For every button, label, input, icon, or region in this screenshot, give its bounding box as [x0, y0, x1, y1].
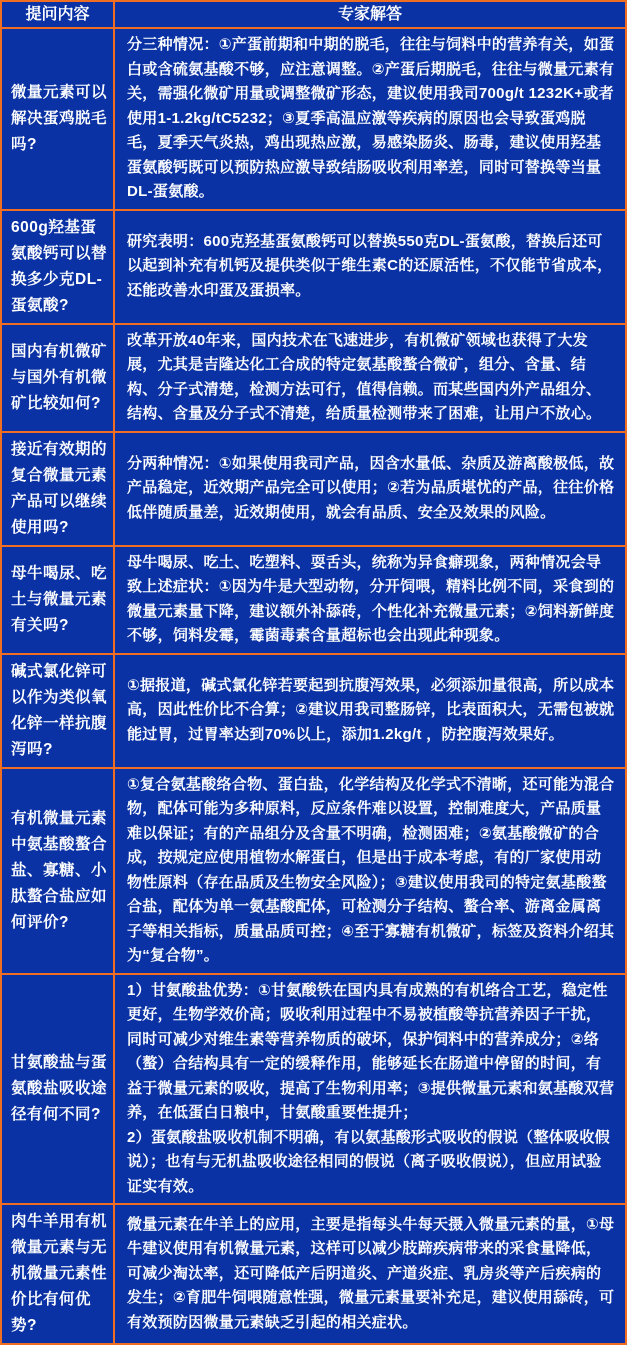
table-row: 碱式氯化锌可以作为类似氧化锌一样抗腹泻吗? ①据报道，碱式氯化锌若要起到抗腹泻效…	[2, 653, 625, 767]
table-row: 肉牛羊用有机微量元素与无机微量元素性价比有何优势? 微量元素在牛羊上的应用，主要…	[2, 1203, 625, 1343]
table-row: 有机微量元素中氨基酸螯合盐、寡糖、小肽螯合盐应如何评价? ①复合氨基酸络合物、蛋…	[2, 767, 625, 973]
question-cell: 母牛喝尿、吃土与微量元素有关吗?	[2, 547, 115, 653]
table-row: 微量元素可以解决蛋鸡脱毛吗? 分三种情况：①产蛋前期和中期的脱毛，往往与饲料中的…	[2, 27, 625, 209]
question-cell: 肉牛羊用有机微量元素与无机微量元素性价比有何优势?	[2, 1205, 115, 1343]
answer-cell: 母牛喝尿、吃土、吃塑料、耍舌头，统称为异食癖现象，两种情况会导致上述症状：①因为…	[115, 547, 625, 653]
answer-cell: 分三种情况：①产蛋前期和中期的脱毛，往往与饲料中的营养有关，如蛋白或含硫氨基酸不…	[115, 29, 625, 209]
table-row: 接近有效期的复合微量元素产品可以继续使用吗? 分两种情况：①如果使用我司产品，因…	[2, 431, 625, 545]
question-cell: 微量元素可以解决蛋鸡脱毛吗?	[2, 29, 115, 209]
question-cell: 接近有效期的复合微量元素产品可以继续使用吗?	[2, 433, 115, 545]
table-row: 600g羟基蛋氨酸钙可以替换多少克DL-蛋氨酸? 研究表明：600克羟基蛋氨酸钙…	[2, 209, 625, 323]
answer-cell: 研究表明：600克羟基蛋氨酸钙可以替换550克DL-蛋氨酸，替换后还可以起到补充…	[115, 211, 625, 323]
answer-cell: 微量元素在牛羊上的应用，主要是指每头牛每天摄入微量元素的量，①母牛建议使用有机微…	[115, 1205, 625, 1343]
answer-cell: 改革开放40年来，国内技术在飞速进步，有机微矿领域也获得了大发展，尤其是吉隆达化…	[115, 325, 625, 431]
table-row: 国内有机微矿与国外有机微矿比较如何? 改革开放40年来，国内技术在飞速进步，有机…	[2, 323, 625, 431]
question-cell: 碱式氯化锌可以作为类似氧化锌一样抗腹泻吗?	[2, 655, 115, 767]
answer-cell: 分两种情况：①如果使用我司产品，因含水量低、杂质及游离酸极低，故产品稳定，近效期…	[115, 433, 625, 545]
question-cell: 甘氨酸盐与蛋氨酸盐吸收途径有何不同?	[2, 975, 115, 1204]
question-cell: 国内有机微矿与国外有机微矿比较如何?	[2, 325, 115, 431]
qa-table: 提问内容 专家解答 微量元素可以解决蛋鸡脱毛吗? 分三种情况：①产蛋前期和中期的…	[0, 0, 627, 1345]
header-answer-column: 专家解答	[115, 2, 625, 27]
table-row: 甘氨酸盐与蛋氨酸盐吸收途径有何不同? 1）甘氨酸盐优势：①甘氨酸铁在国内具有成熟…	[2, 973, 625, 1204]
header-question-column: 提问内容	[2, 2, 115, 27]
question-cell: 600g羟基蛋氨酸钙可以替换多少克DL-蛋氨酸?	[2, 211, 115, 323]
question-cell: 有机微量元素中氨基酸螯合盐、寡糖、小肽螯合盐应如何评价?	[2, 769, 115, 973]
answer-cell: ①据报道，碱式氯化锌若要起到抗腹泻效果，必须添加量很高，所以成本高，因此性价比不…	[115, 655, 625, 767]
answer-cell: 1）甘氨酸盐优势：①甘氨酸铁在国内具有成熟的有机络合工艺，稳定性更好，生物学效价…	[115, 975, 625, 1204]
table-row: 母牛喝尿、吃土与微量元素有关吗? 母牛喝尿、吃土、吃塑料、耍舌头，统称为异食癖现…	[2, 545, 625, 653]
table-header-row: 提问内容 专家解答	[2, 2, 625, 27]
answer-cell: ①复合氨基酸络合物、蛋白盐，化学结构及化学式不清晰，还可能为混合物，配体可能为多…	[115, 769, 625, 973]
